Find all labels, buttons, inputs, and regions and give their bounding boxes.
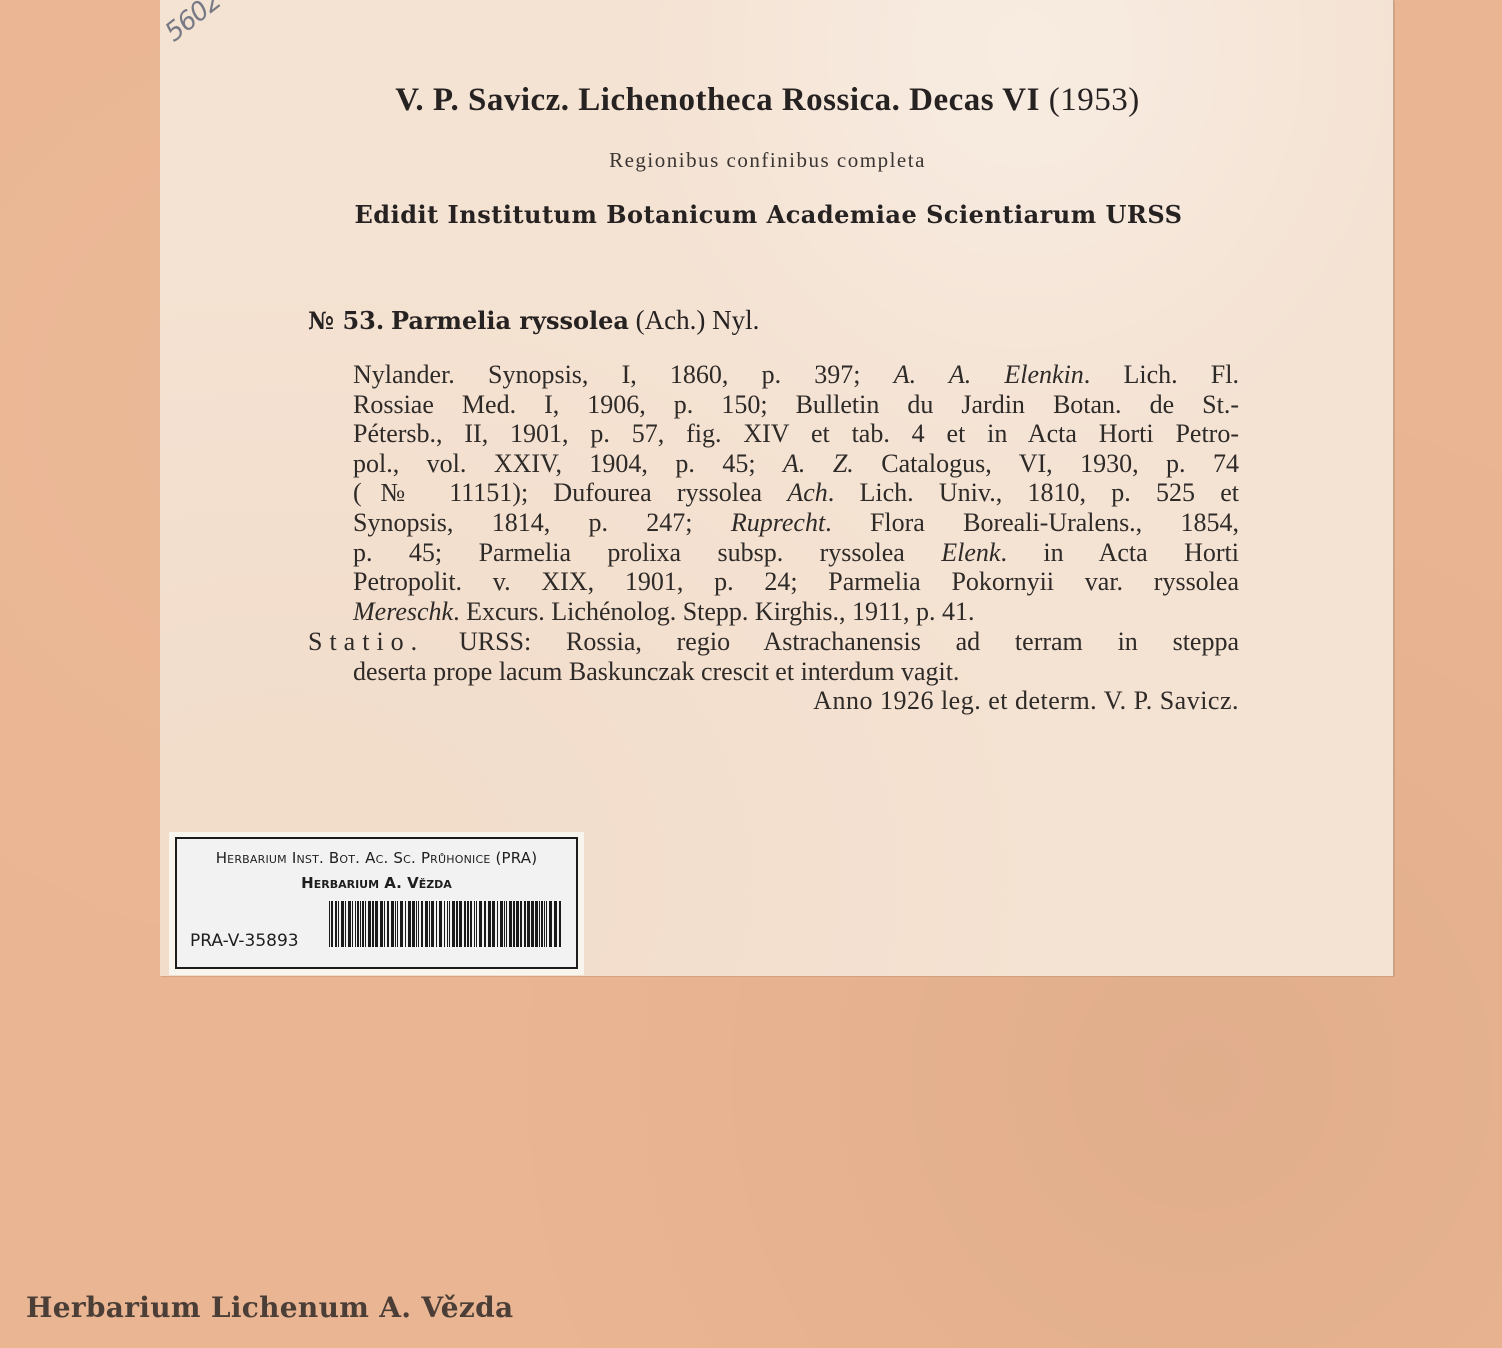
statio-line-1: Statio. URSS: Rossia, regio Astrachanens…: [308, 627, 1239, 657]
species-heading: № 53. Parmelia ryssolea (Ach.) Nyl.: [308, 305, 759, 336]
reference-text: . Excurs. Lichénolog. Stepp. Kirghis., 1…: [453, 597, 974, 626]
statio-block: Statio. URSS: Rossia, regio Astrachanens…: [308, 627, 1239, 686]
statio-line-2: deserta prope lacum Baskunczak crescit e…: [308, 657, 1239, 687]
author-citation: A. A. Elenkin: [894, 360, 1084, 389]
reference-line: Pétersb., II, 1901, p. 57, fig. XIV et t…: [353, 419, 1239, 449]
reference-line: p. 45; Parmelia prolixa subsp. ryssolea …: [353, 538, 1239, 568]
reference-text: pol., vol. XXIV, 1904, p. 45;: [353, 449, 783, 478]
reference-text: (№ 11151); Dufourea ryssolea: [353, 478, 787, 507]
herbarium-stamp: Herbarium Lichenum A. Vězda: [26, 1291, 513, 1324]
author-citation: Elenk: [941, 538, 1000, 567]
reference-line: (№ 11151); Dufourea ryssolea Ach. Lich. …: [353, 478, 1239, 508]
reference-text: Petropolit. v. XIX, 1901, p. 24; Parmeli…: [353, 567, 1239, 596]
series-title: V. P. Savicz. Lichenotheca Rossica. Deca…: [0, 82, 1502, 119]
series-title-text: V. P. Savicz. Lichenotheca Rossica. Deca…: [395, 82, 1040, 118]
publisher-line: Edidit Institutum Botanicum Academiae Sc…: [0, 200, 1502, 229]
barcode-icon: [329, 901, 562, 947]
references-block: Nylander. Synopsis, I, 1860, p. 397; A. …: [353, 360, 1239, 626]
reference-text: . Flora Boreali-Uralens., 1854,: [825, 508, 1239, 537]
statio-text-1: URSS: Rossia, regio Astrachanensis ad te…: [459, 627, 1239, 656]
statio-label: Statio.: [308, 627, 424, 656]
reference-text: Synopsis, 1814, p. 247;: [353, 508, 731, 537]
reference-text: . in Acta Horti: [1000, 538, 1239, 567]
reference-text: p. 45; Parmelia prolixa subsp. ryssolea: [353, 538, 941, 567]
series-year: (1953): [1049, 82, 1140, 118]
species-name: Parmelia ryssolea: [391, 306, 629, 335]
series-subtitle: Regionibus confinibus completa: [0, 148, 1502, 173]
reference-text: . Lich. Univ., 1810, p. 525 et: [828, 478, 1239, 507]
institution-name: Herbarium Inst. Bot. Ac. Sc. Průhonice (…: [177, 849, 576, 867]
reference-text: . Lich. Fl.: [1084, 360, 1239, 389]
specimen-id: PRA-V-35893: [190, 931, 299, 951]
specimen-number: № 53.: [308, 306, 384, 335]
reference-text: Nylander. Synopsis, I, 1860, p. 397;: [353, 360, 894, 389]
reference-text: Catalogus, VI, 1930, p. 74: [854, 449, 1239, 478]
author-citation: A. Z.: [783, 449, 854, 478]
species-author: (Ach.) Nyl.: [636, 305, 760, 335]
collector-line: Anno 1926 leg. et determ. V. P. Savicz.: [600, 686, 1239, 716]
reference-text: Pétersb., II, 1901, p. 57, fig. XIV et t…: [353, 419, 1239, 448]
reference-text: Rossiae Med. I, 1906, p. 150; Bulletin d…: [353, 390, 1239, 419]
author-citation: Ruprecht: [731, 508, 825, 537]
reference-line: Mereschk. Excurs. Lichénolog. Stepp. Kir…: [353, 597, 1239, 627]
collection-name: Herbarium A. Vězda: [177, 874, 576, 892]
author-citation: Ach: [787, 478, 827, 507]
reference-line: Nylander. Synopsis, I, 1860, p. 397; A. …: [353, 360, 1239, 390]
author-citation: Mereschk: [353, 597, 453, 626]
reference-line: Rossiae Med. I, 1906, p. 150; Bulletin d…: [353, 390, 1239, 420]
herbarium-barcode-label: Herbarium Inst. Bot. Ac. Sc. Průhonice (…: [175, 837, 578, 969]
reference-line: pol., vol. XXIV, 1904, p. 45; A. Z. Cata…: [353, 449, 1239, 479]
reference-line: Petropolit. v. XIX, 1901, p. 24; Parmeli…: [353, 567, 1239, 597]
reference-line: Synopsis, 1814, p. 247; Ruprecht. Flora …: [353, 508, 1239, 538]
